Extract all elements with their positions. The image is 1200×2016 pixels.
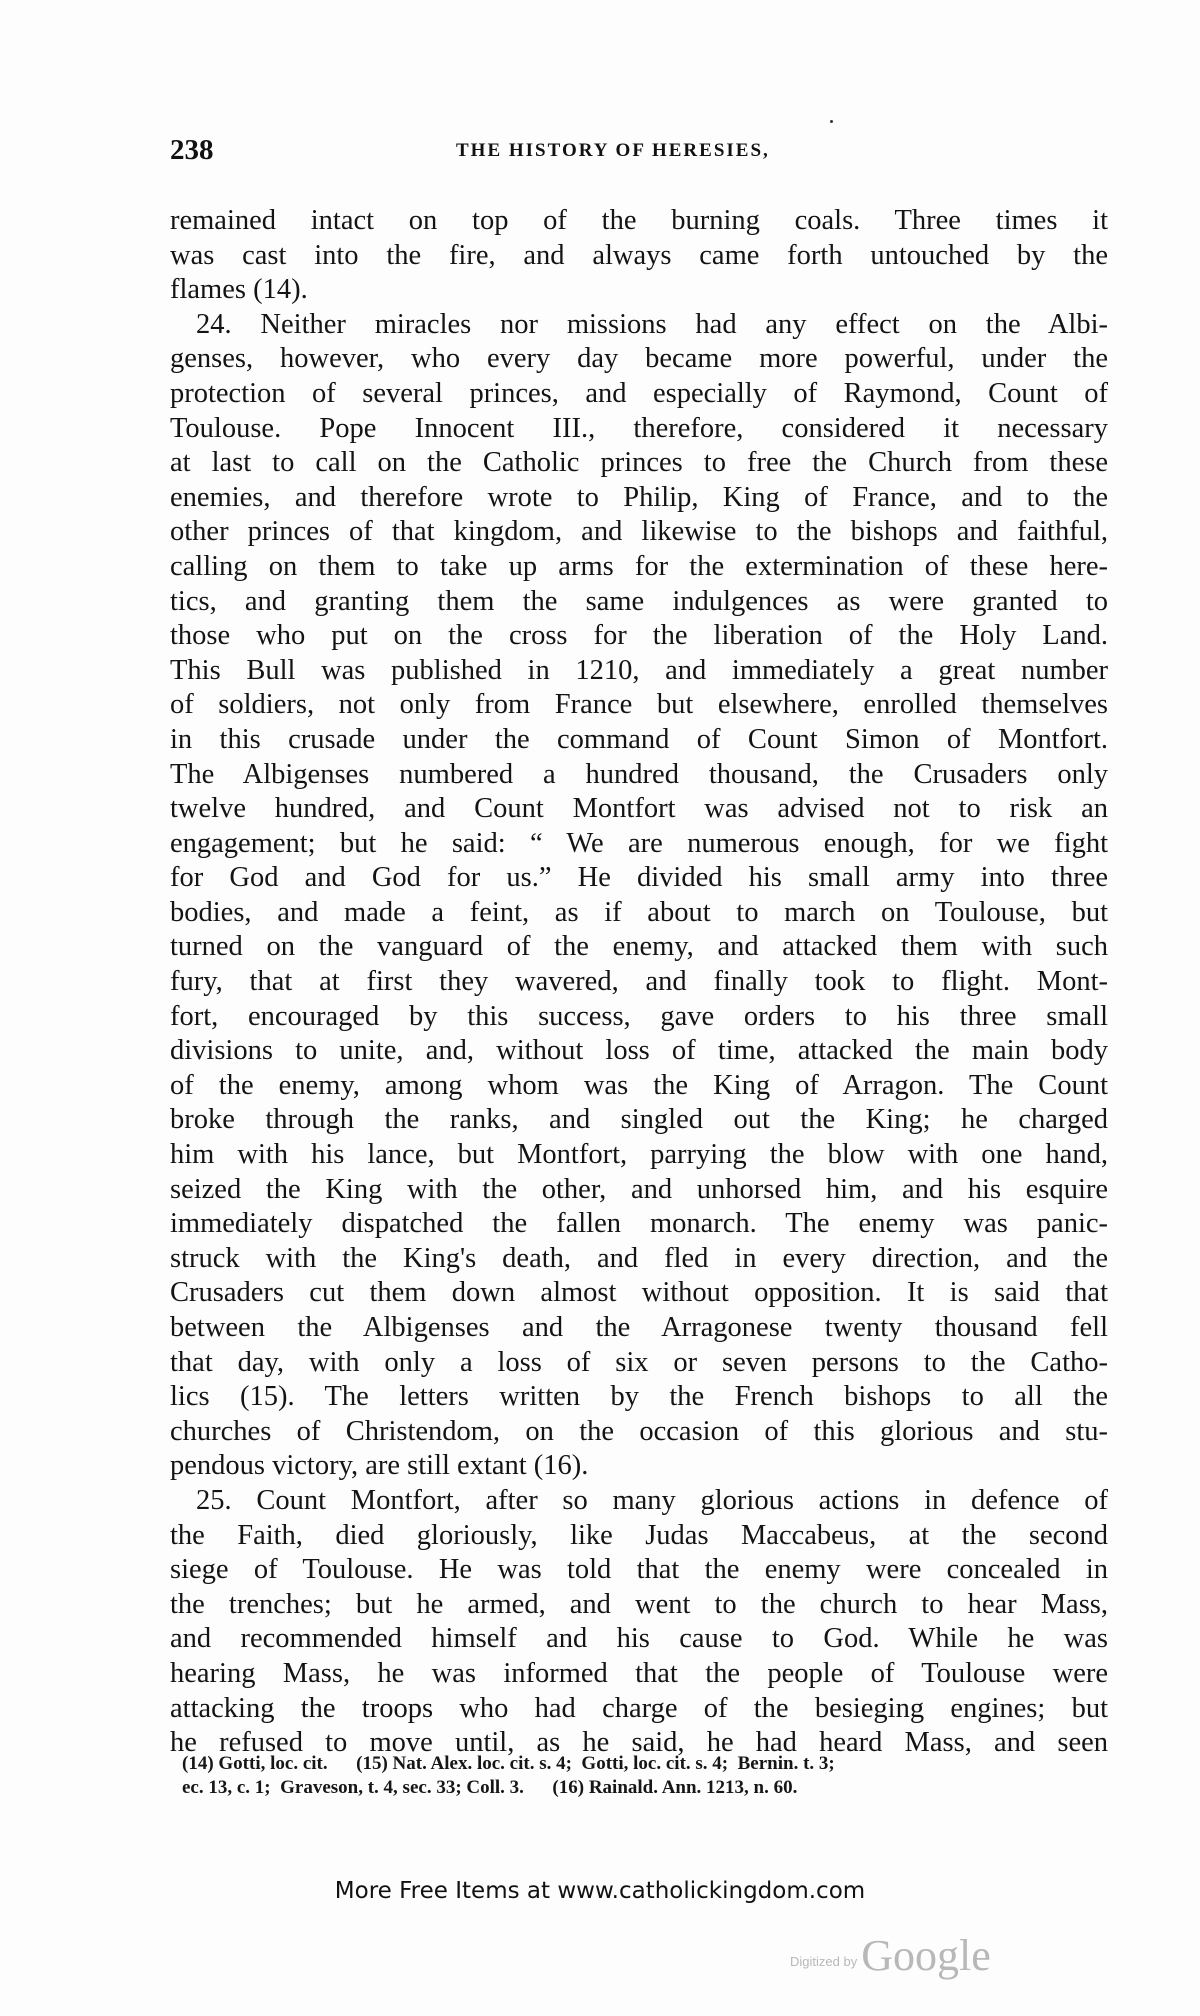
text-line: engagement; but he said: “ We are numero… bbox=[170, 827, 1108, 862]
text-line: Crusaders cut them down almost without o… bbox=[170, 1276, 1108, 1311]
running-title: THE HISTORY OF HERESIES, bbox=[456, 140, 770, 162]
text-line: the trenches; but he armed, and went to … bbox=[170, 1588, 1108, 1623]
text-line: other princes of that kingdom, and likew… bbox=[170, 515, 1108, 550]
text-line: 24. Neither miracles nor missions had an… bbox=[170, 308, 1108, 343]
text-line: flames (14). bbox=[170, 273, 1108, 308]
text-line: fort, encouraged by this success, gave o… bbox=[170, 1000, 1108, 1035]
text-line: The Albigenses numbered a hundred thousa… bbox=[170, 758, 1108, 793]
text-line: siege of Toulouse. He was told that the … bbox=[170, 1553, 1108, 1588]
text-line: broke through the ranks, and singled out… bbox=[170, 1103, 1108, 1138]
footnote-line: ec. 13, c. 1; Graveson, t. 4, sec. 33; C… bbox=[182, 1776, 1108, 1800]
text-line: and recommended himself and his cause to… bbox=[170, 1622, 1108, 1657]
google-logo-text: Google bbox=[861, 1931, 991, 1980]
text-line: calling on them to take up arms for the … bbox=[170, 550, 1108, 585]
text-line: bodies, and made a feint, as if about to… bbox=[170, 896, 1108, 931]
text-line: struck with the King's death, and fled i… bbox=[170, 1242, 1108, 1277]
page-number: 238 bbox=[170, 134, 214, 167]
text-line: divisions to unite, and, without loss of… bbox=[170, 1034, 1108, 1069]
text-line: was cast into the fire, and always came … bbox=[170, 239, 1108, 274]
text-line: hearing Mass, he was informed that the p… bbox=[170, 1657, 1108, 1692]
text-line: at last to call on the Catholic princes … bbox=[170, 446, 1108, 481]
text-line: attacking the troops who had charge of t… bbox=[170, 1692, 1108, 1727]
text-line: protection of several princes, and espec… bbox=[170, 377, 1108, 412]
running-header: 238 THE HISTORY OF HERESIES, bbox=[170, 134, 1108, 174]
text-line: him with his lance, but Montfort, parryi… bbox=[170, 1138, 1108, 1173]
body-text: remained intact on top of the burning co… bbox=[170, 204, 1108, 1761]
text-line: in this crusade under the command of Cou… bbox=[170, 723, 1108, 758]
footnote-line: (14) Gotti, loc. cit. (15) Nat. Alex. lo… bbox=[182, 1752, 1108, 1776]
scan-speck bbox=[830, 120, 833, 123]
text-line: genses, however, who every day became mo… bbox=[170, 342, 1108, 377]
google-watermark: Digitized by Google bbox=[790, 1930, 991, 1990]
text-line: turned on the vanguard of the enemy, and… bbox=[170, 930, 1108, 965]
scanned-book-page: 238 THE HISTORY OF HERESIES, remained in… bbox=[0, 0, 1200, 2016]
text-line: between the Albigenses and the Arragones… bbox=[170, 1311, 1108, 1346]
text-line: that day, with only a loss of six or sev… bbox=[170, 1346, 1108, 1381]
text-line: fury, that at first they wavered, and fi… bbox=[170, 965, 1108, 1000]
text-line: the Faith, died gloriously, like Judas M… bbox=[170, 1519, 1108, 1554]
text-line: lics (15). The letters written by the Fr… bbox=[170, 1380, 1108, 1415]
text-line: churches of Christendom, on the occasion… bbox=[170, 1415, 1108, 1450]
text-line: remained intact on top of the burning co… bbox=[170, 204, 1108, 239]
text-line: of the enemy, among whom was the King of… bbox=[170, 1069, 1108, 1104]
text-line: tics, and granting them the same indulge… bbox=[170, 585, 1108, 620]
text-line: This Bull was published in 1210, and imm… bbox=[170, 654, 1108, 689]
text-line: for God and God for us.” He divided his … bbox=[170, 861, 1108, 896]
text-line: of soldiers, not only from France but el… bbox=[170, 688, 1108, 723]
promo-link-text[interactable]: More Free Items at www.catholickingdom.c… bbox=[0, 1878, 1200, 1904]
text-line: those who put on the cross for the liber… bbox=[170, 619, 1108, 654]
text-line: twelve hundred, and Count Montfort was a… bbox=[170, 792, 1108, 827]
footnotes: (14) Gotti, loc. cit. (15) Nat. Alex. lo… bbox=[182, 1752, 1108, 1800]
text-line: seized the King with the other, and unho… bbox=[170, 1173, 1108, 1208]
text-line: 25. Count Montfort, after so many glorio… bbox=[170, 1484, 1108, 1519]
text-line: Toulouse. Pope Innocent III., therefore,… bbox=[170, 412, 1108, 447]
text-line: enemies, and therefore wrote to Philip, … bbox=[170, 481, 1108, 516]
text-line: immediately dispatched the fallen monarc… bbox=[170, 1207, 1108, 1242]
watermark-prefix: Digitized by bbox=[790, 1954, 857, 1969]
text-line: pendous victory, are still extant (16). bbox=[170, 1449, 1108, 1484]
